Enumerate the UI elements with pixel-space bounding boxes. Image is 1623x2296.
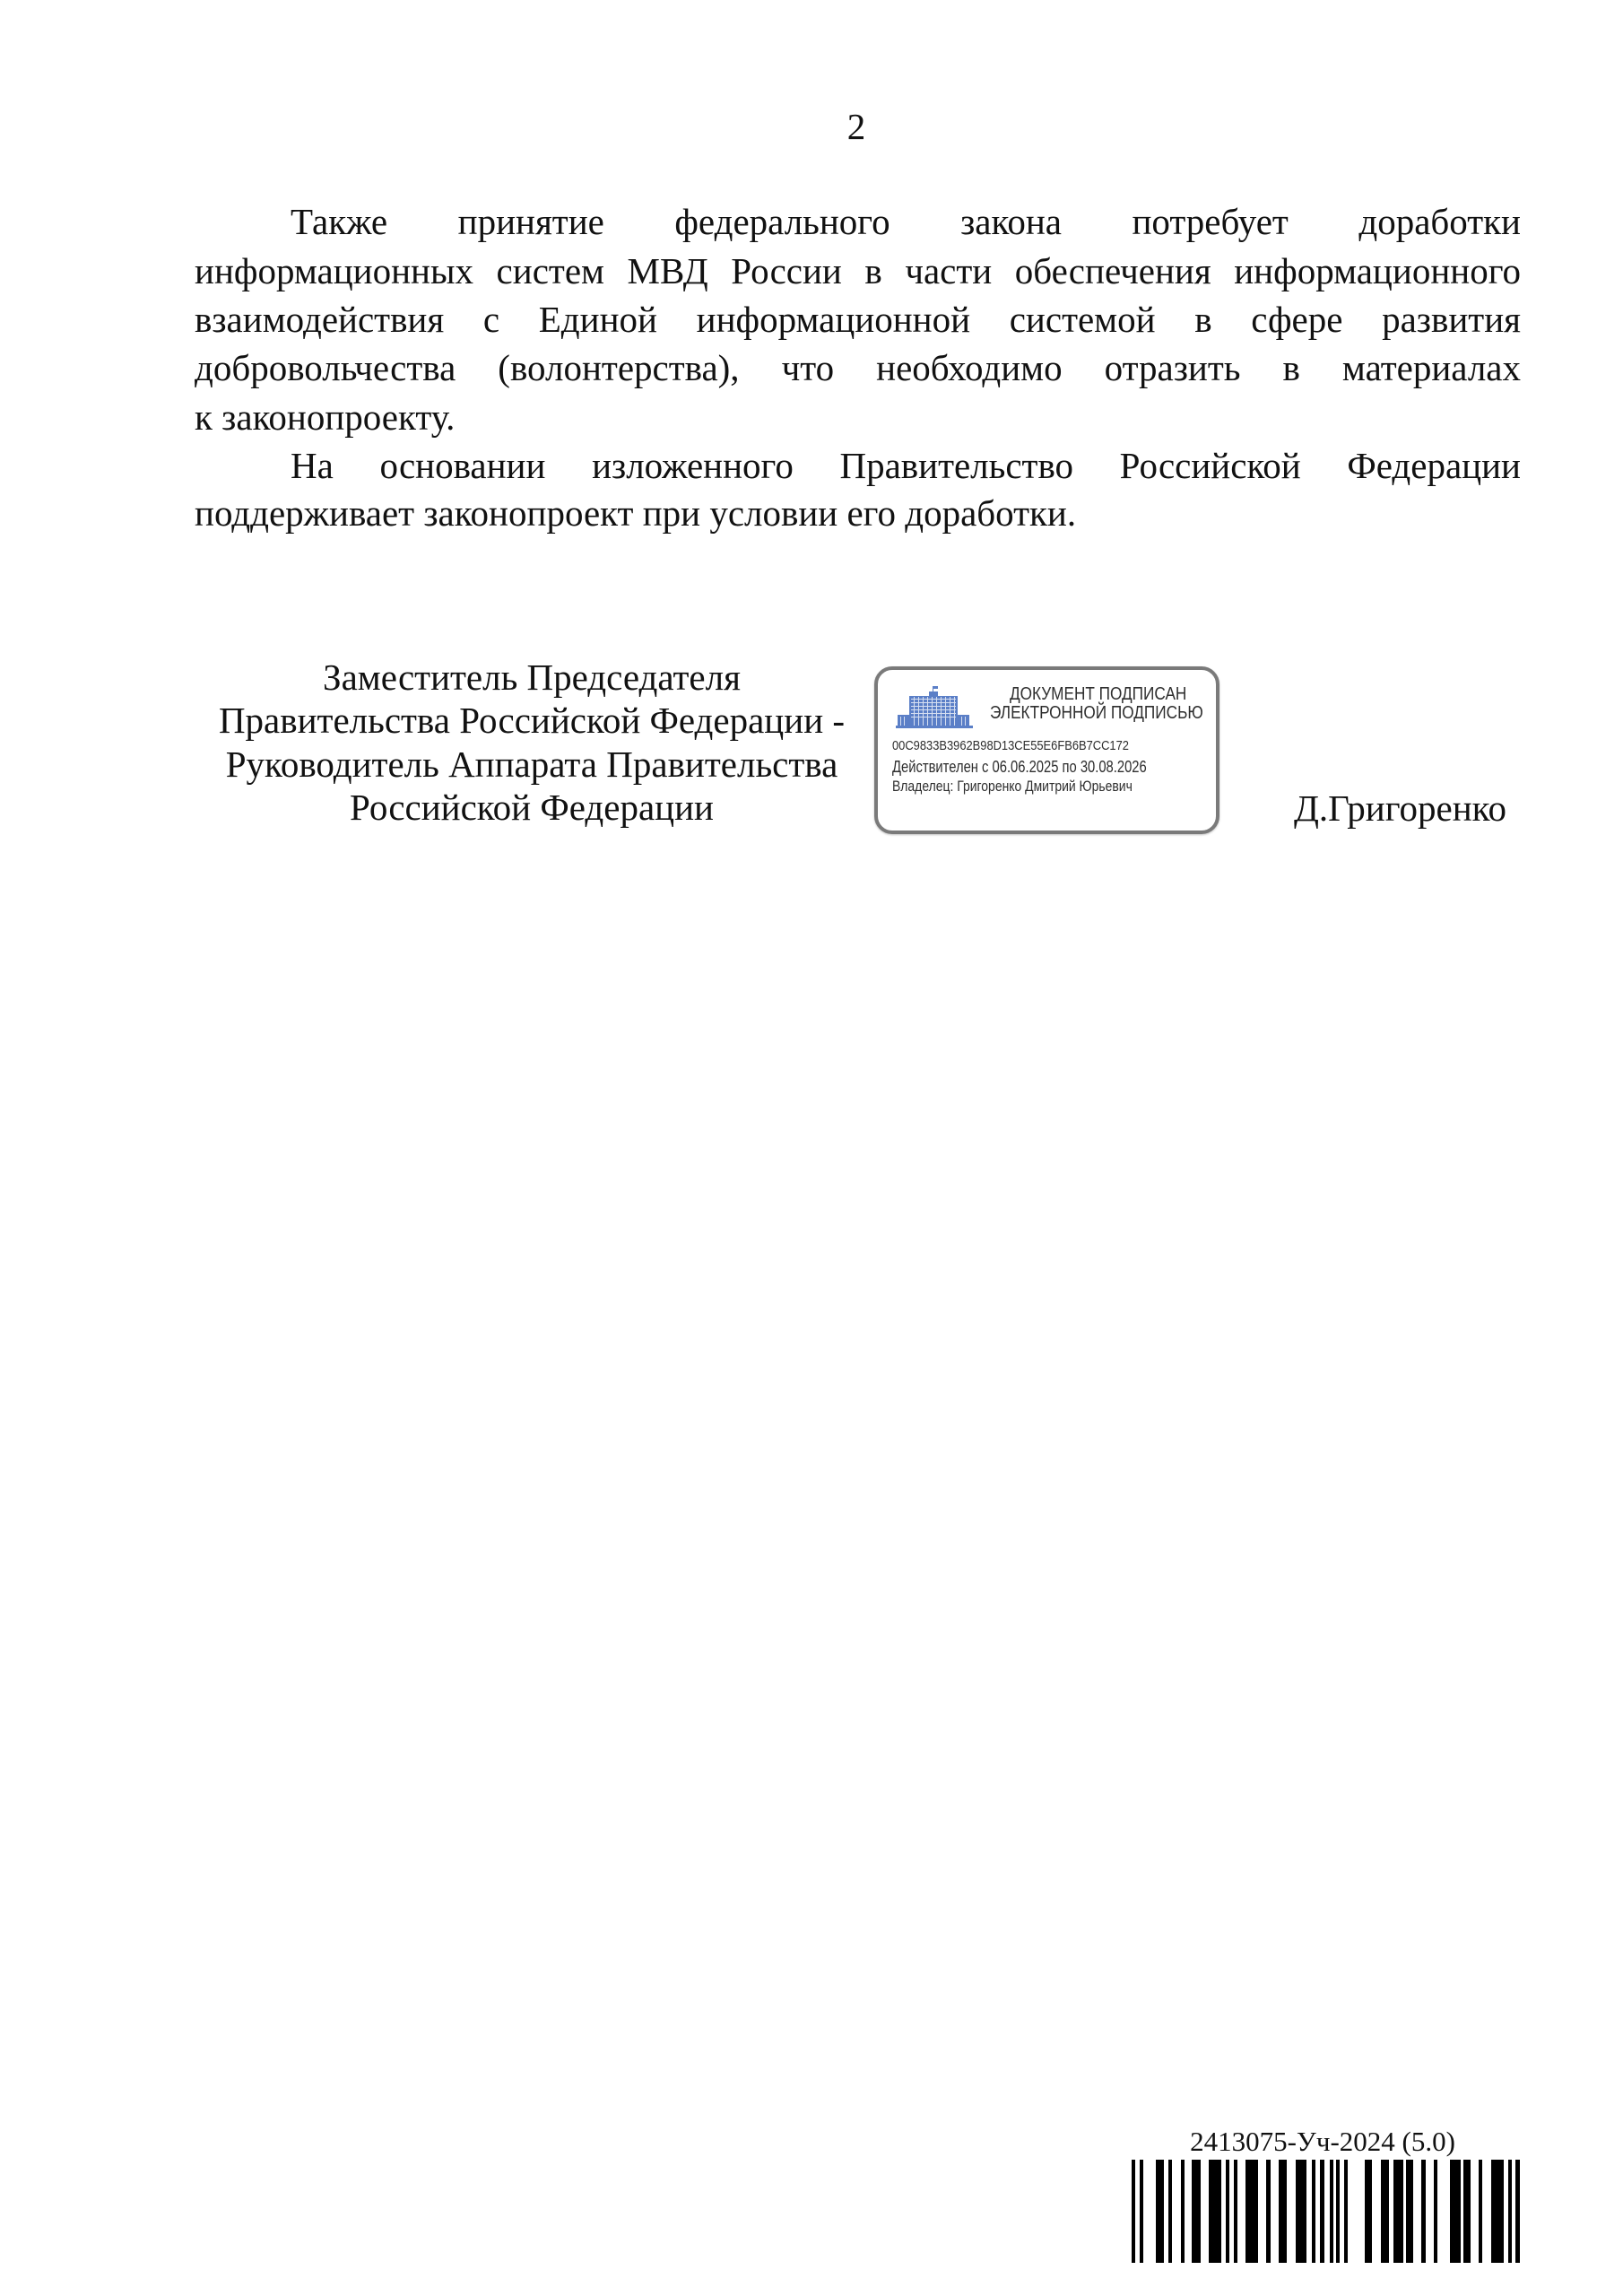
certificate-serial: 00C9833B3962B98D13CE55E6FB6B7CC172 [892, 738, 1129, 753]
position-line: Российской Федерации [173, 786, 890, 829]
paragraph-line: взаимодействия с Единой информационной с… [195, 295, 1521, 344]
certificate-owner: Владелец: Григоренко Дмитрий Юрьевич [892, 778, 1133, 796]
paragraph-line: добровольчества (волонтерства), что необ… [195, 344, 1521, 392]
certificate-validity: Действителен с 06.06.2025 по 30.08.2026 [892, 758, 1147, 777]
paragraph-line: На основании изложенного Правительство Р… [291, 441, 1521, 490]
document-code: 2413075-Уч-2024 (5.0) [1166, 2126, 1480, 2158]
position-line: Правительства Российской Федерации - [173, 699, 890, 742]
position-line: Заместитель Председателя [173, 656, 890, 699]
electronic-signature-stamp: ДОКУМЕНТ ПОДПИСАН ЭЛЕКТРОННОЙ ПОДПИСЬЮ 0… [874, 666, 1219, 834]
government-building-icon [894, 686, 975, 729]
paragraph-line: информационных систем МВД России в части… [195, 247, 1521, 295]
paragraph-line: к законопроекту. [195, 393, 455, 441]
paragraph-line: поддерживает законопроект при условии ег… [195, 489, 1076, 537]
signer-name: Д.Григоренко [1237, 784, 1506, 832]
position-line: Руководитель Аппарата Правительства [173, 743, 890, 786]
paragraph-line: Также принятие федерального закона потре… [291, 197, 1521, 246]
stamp-title-line2: ЭЛЕКТРОННОЙ ПОДПИСЬЮ [990, 703, 1203, 724]
page-number: 2 [811, 102, 901, 151]
stamp-title-line1: ДОКУМЕНТ ПОДПИСАН [1010, 684, 1186, 705]
